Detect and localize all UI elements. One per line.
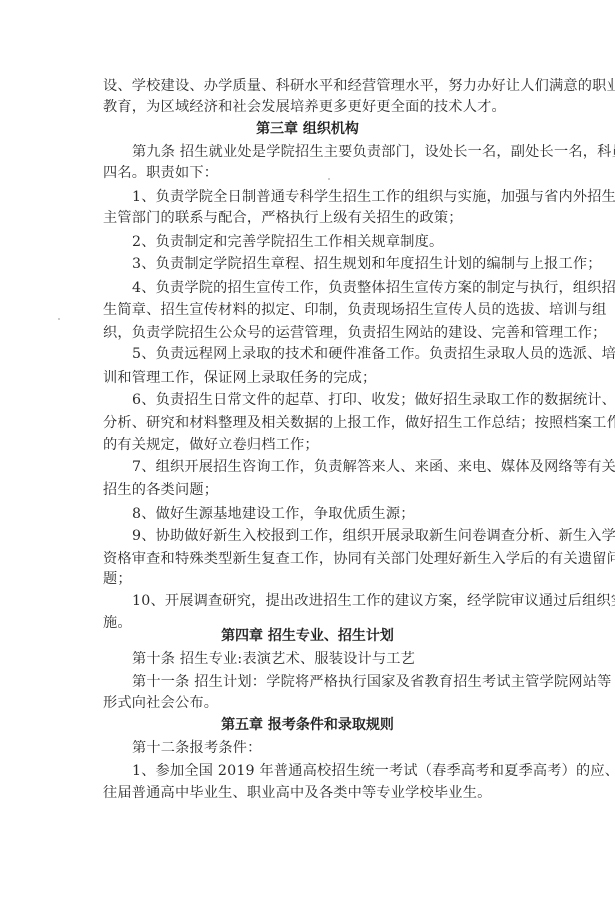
duty-item-3: 3、负责制定学院招生章程、招生规划和年度招生计划的编制与上报工作； — [132, 255, 558, 273]
duty-item-1: 1、负责学院全日制普通专科学生招生工作的组织与实施，加强与省内外招生 — [132, 188, 558, 206]
paragraph-line: 的有关规定，做好立卷归档工作； — [103, 436, 558, 454]
scanned-document-page: 设、学校建设、办学质量、科研水平和经营管理水平，努力办好让人们满意的职业 教育，… — [0, 0, 615, 899]
duty-item-8: 8、做好生源基地建设工作，争取优质生源； — [132, 505, 558, 523]
duty-item-2: 2、负责制定和完善学院招生工作相关规章制度。 — [132, 233, 558, 251]
duty-item-10: 10、开展调查研究，提出改进招生工作的建议方案，经学院审议通过后组织实 — [132, 592, 558, 610]
article-12-line: 第十二条报考条件： — [132, 739, 558, 757]
paragraph-line: 招生的各类问题； — [103, 481, 558, 499]
article-10-line: 第十条 招生专业:表演艺术、服装设计与工艺 — [132, 650, 558, 668]
chapter-heading-4: 第四章 招生专业、招生计划 — [0, 627, 615, 645]
scan-speck — [328, 178, 330, 180]
paragraph-line: 形式向社会公布。 — [103, 694, 558, 712]
paragraph-line: 织，负责学院招生公众号的运营管理，负责招生网站的建设、完善和管理工作； — [103, 324, 558, 342]
paragraph-line: 训和管理工作，保证网上录取任务的完成； — [103, 369, 558, 387]
scan-speck — [58, 318, 60, 320]
paragraph-line: 四名。职责如下： — [103, 164, 558, 182]
article-11-line: 第十一条 招生计划：学院将严格执行国家及省教育招生考试主管学院网站等 — [132, 673, 558, 691]
paragraph-line: 教育，为区域经济和社会发展培养更多更好更全面的技术人才。 — [103, 98, 558, 116]
paragraph-line: 题； — [103, 570, 558, 588]
paragraph-line: 生简章、招生宣传材料的拟定、印制，负责现场招生宣传人员的选拔、培训与组 — [103, 301, 558, 319]
condition-item-1: 1、参加全国 2019 年普通高校招生统一考试（春季高考和夏季高考）的应、 — [132, 762, 558, 780]
duty-item-9: 9、协助做好新生入校报到工作，组织开展录取新生问卷调查分析、新生入学 — [132, 527, 558, 545]
paragraph-line: 往届普通高中毕业生、职业高中及各类中等专业学校毕业生。 — [103, 784, 558, 802]
duty-item-7: 7、组织开展招生咨询工作，负责解答来人、来函、来电、媒体及网络等有关 — [132, 458, 558, 476]
duty-item-4: 4、负责学院的招生宣传工作，负责整体招生宣传方案的制定与执行，组织招 — [132, 279, 558, 297]
scan-speck — [610, 418, 612, 420]
duty-item-6: 6、负责招生日常文件的起草、打印、收发；做好招生录取工作的数据统计、 — [132, 391, 558, 409]
chapter-heading-3: 第三章 组织机构 — [0, 120, 615, 138]
chapter-heading-5: 第五章 报考条件和录取规则 — [0, 716, 615, 734]
duty-item-5: 5、负责远程网上录取的技术和硬件准备工作。负责招生录取人员的选派、培 — [132, 345, 558, 363]
paragraph-line: 资格审查和特殊类型新生复查工作，协同有关部门处理好新生入学后的有关遗留问 — [103, 550, 558, 568]
paragraph-line: 设、学校建设、办学质量、科研水平和经营管理水平，努力办好让人们满意的职业 — [103, 77, 558, 95]
paragraph-line: 主管部门的联系与配合，严格执行上级有关招生的政策； — [103, 209, 558, 227]
article-9-line: 第九条 招生就业处是学院招生主要负责部门，设处长一名，副处长一名，科员 — [132, 143, 558, 161]
paragraph-line: 分析、研究和材料整理及相关数据的上报工作，做好招生工作总结；按照档案工作 — [103, 414, 558, 432]
